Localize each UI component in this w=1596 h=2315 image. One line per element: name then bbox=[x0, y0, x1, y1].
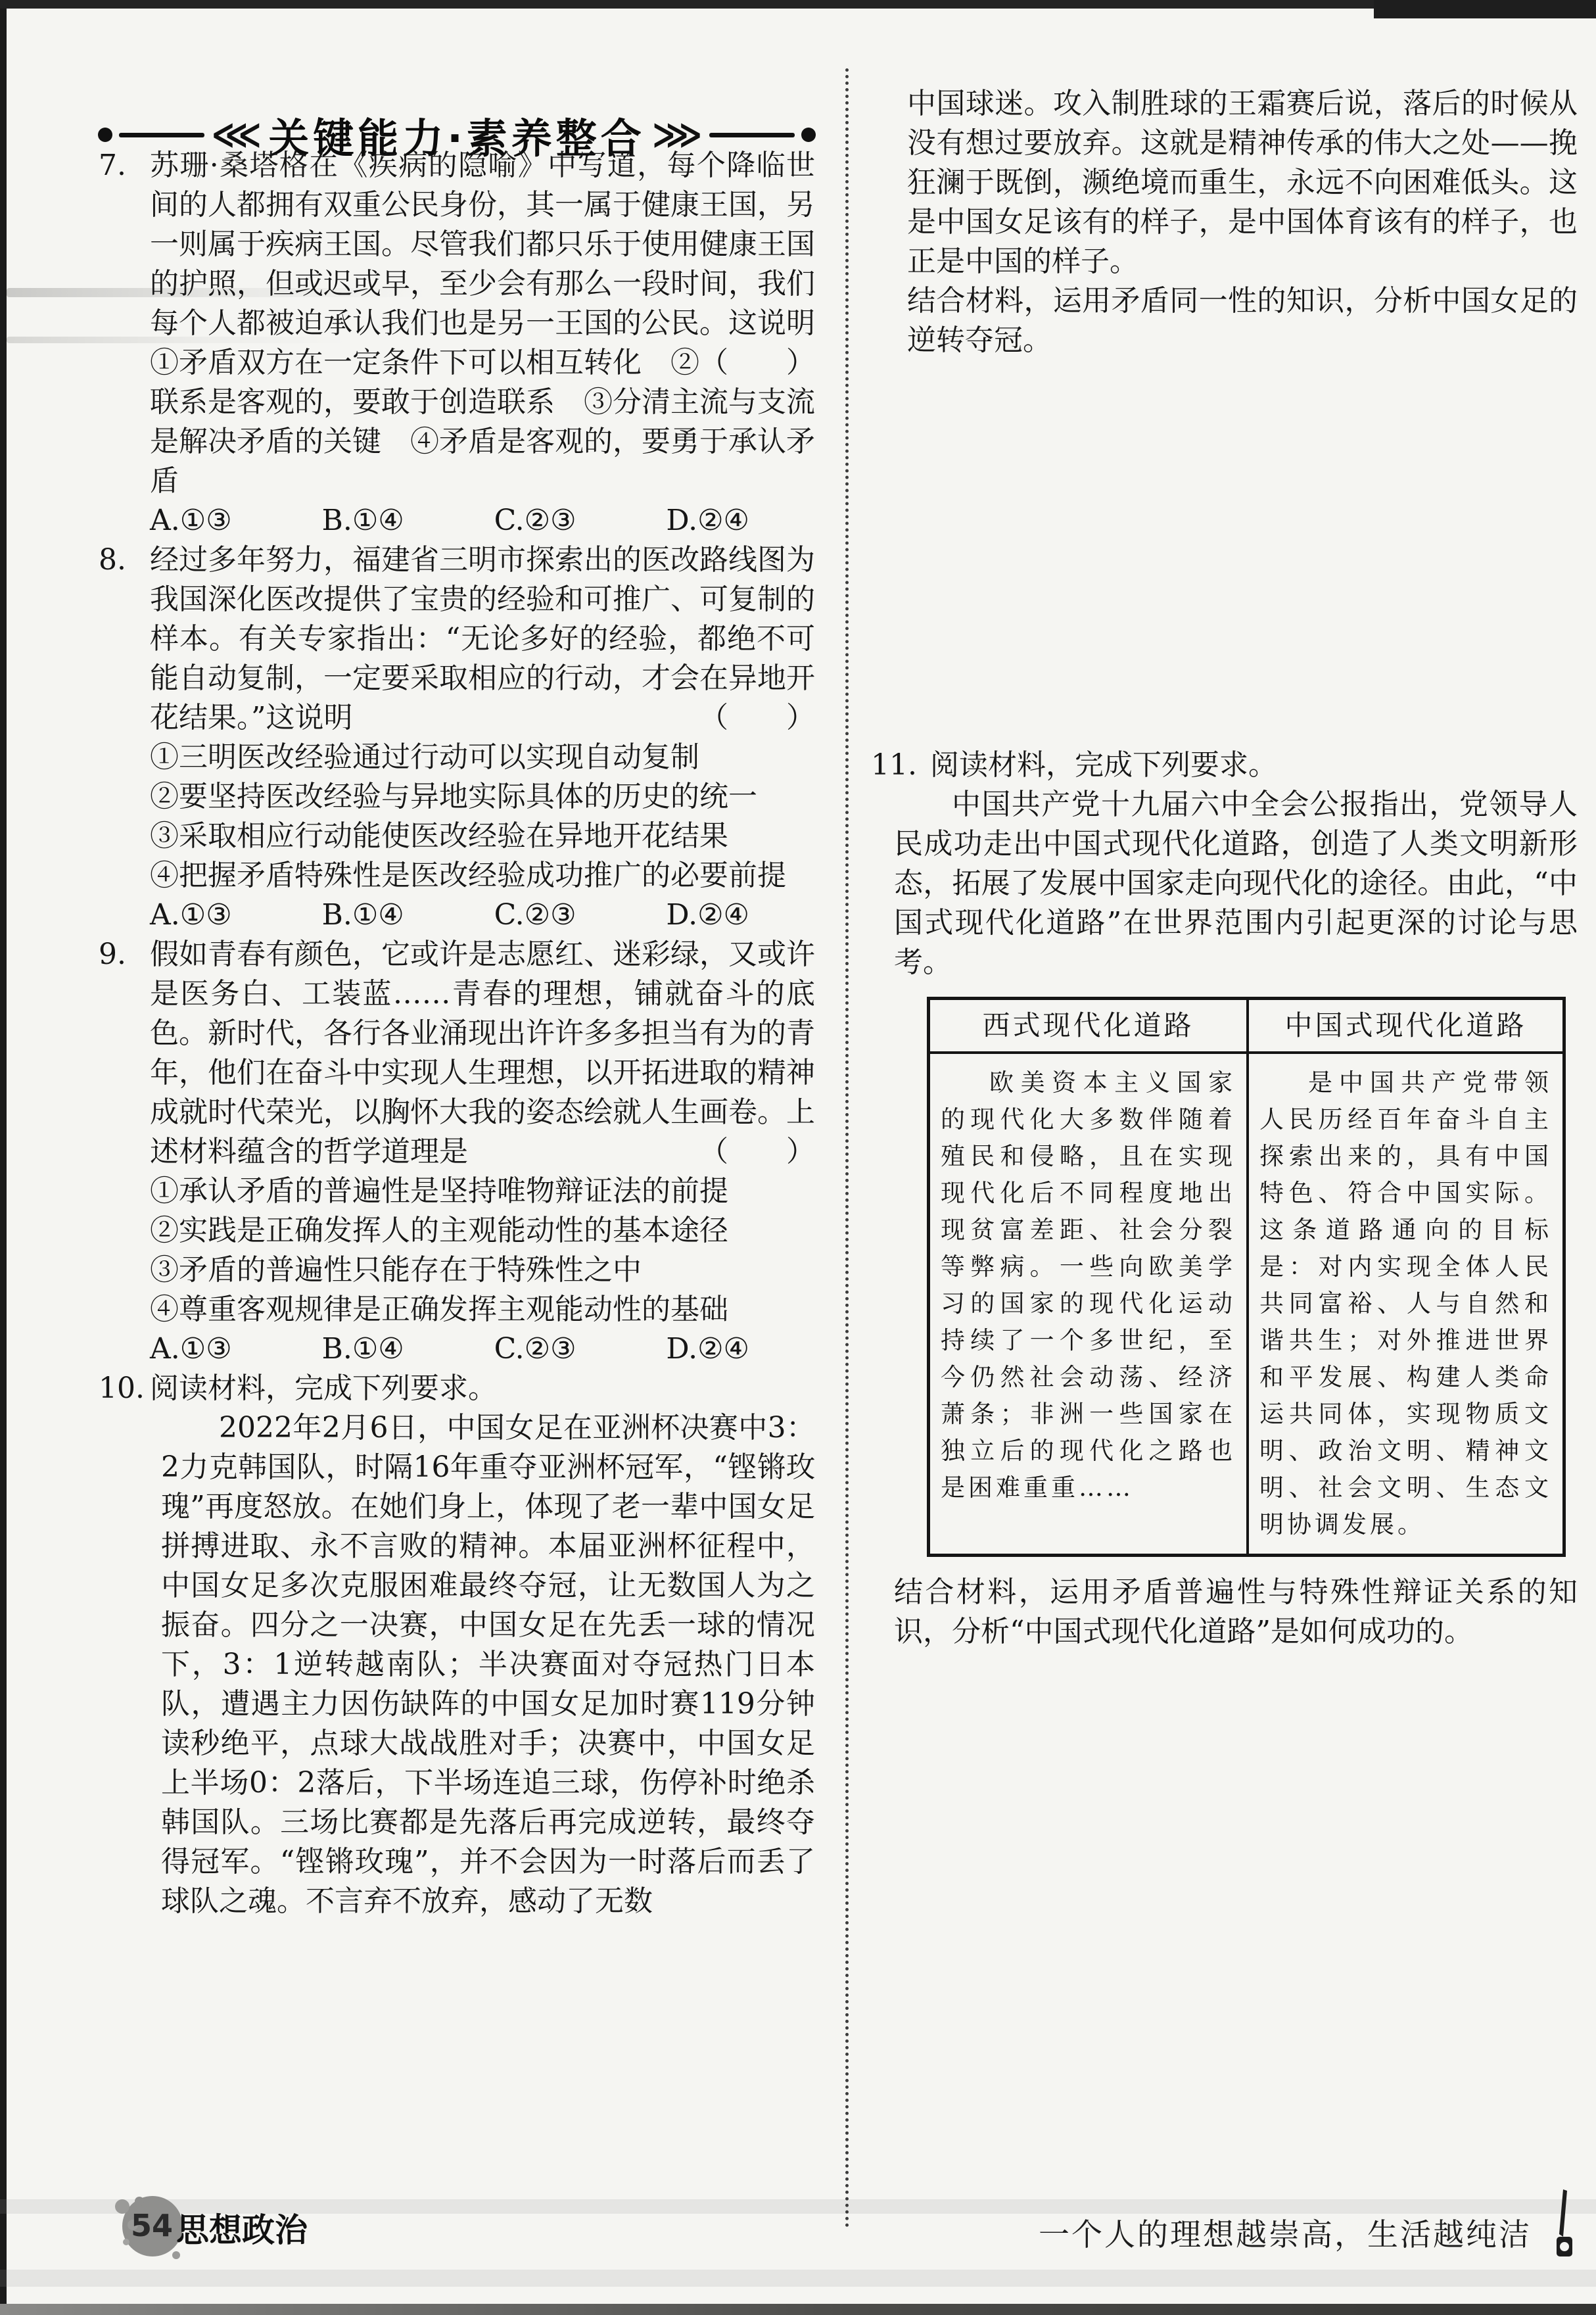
option-line: ②实践是正确发挥人的主观能动性的基本途径 bbox=[150, 1211, 815, 1251]
comparison-table: 西式现代化道路 中国式现代化道路 欧美资本主义国家的现代化大多数伴随着殖民和侵略… bbox=[927, 997, 1566, 1557]
choice-label: B.①④ bbox=[322, 1329, 404, 1369]
choice-label: D.②④ bbox=[666, 501, 749, 540]
question-8-body: 经过多年努力，福建省三明市探索出的医改路线图为我国深化医改提供了宝贵的经验和可推… bbox=[150, 540, 815, 935]
choice-label: A.①③ bbox=[150, 1329, 232, 1369]
choice-label: C.②③ bbox=[494, 895, 576, 935]
question-10: 10. 阅读材料，完成下列要求。 bbox=[99, 1369, 815, 1408]
answer-paren: （ ） bbox=[699, 698, 815, 738]
pen-icon bbox=[1543, 2188, 1578, 2267]
answer-paren: （ ） bbox=[699, 343, 815, 383]
column-divider bbox=[845, 68, 849, 2229]
page-number: 54 bbox=[129, 2208, 175, 2243]
option-line: ④把握矛盾特殊性是医改经验成功推广的必要前提 bbox=[150, 856, 815, 895]
table-header-china: 中国式现代化道路 bbox=[1246, 1000, 1562, 1051]
question-11-number: 11. bbox=[871, 746, 930, 785]
option-line: ③采取相应行动能使医改经验在异地开花结果 bbox=[150, 817, 815, 856]
choice-label: C.②③ bbox=[494, 1329, 576, 1369]
left-column: 7. 苏珊·桑塔格在《疾病的隐喻》中写道，每个降临世间的人都拥有双重公民身份，其… bbox=[99, 146, 815, 1921]
choice-label: D.②④ bbox=[666, 1329, 749, 1369]
question-8-stem: 经过多年努力，福建省三明市探索出的医改路线图为我国深化医改提供了宝贵的经验和可推… bbox=[150, 540, 815, 738]
choice-label: B.①④ bbox=[322, 501, 404, 540]
scan-edge-left bbox=[0, 0, 7, 2315]
choice-label: D.②④ bbox=[666, 895, 749, 935]
question-7: 7. 苏珊·桑塔格在《疾病的隐喻》中写道，每个降临世间的人都拥有双重公民身份，其… bbox=[99, 146, 815, 540]
question-8-choices: A.①③B.①④C.②③D.②④ bbox=[150, 895, 815, 935]
workbook-page: ⋘ 关键能力·素养整合 ⋙ 7. 苏珊·桑塔格在《疾病的隐喻》中写道，每个降临世… bbox=[0, 0, 1596, 2315]
banner-left-dot-icon bbox=[98, 128, 112, 142]
question-8-options: ①三明医改经验通过行动可以实现自动复制②要坚持医改经验与异地实际具体的历史的统一… bbox=[150, 738, 815, 895]
answer-paren: （ ） bbox=[699, 1132, 815, 1172]
banner-right-rule bbox=[709, 133, 795, 137]
question-7-choices: A.①③B.①④C.②③D.②④ bbox=[150, 501, 815, 540]
question-11-task: 结合材料，运用矛盾普遍性与特殊性辩证关系的知识，分析“中国式现代化道路”是如何成… bbox=[894, 1573, 1578, 1652]
table-cell-west: 欧美资本主义国家的现代化大多数伴随着殖民和侵略，且在实现现代化后不同程度地出现贫… bbox=[930, 1054, 1246, 1554]
comparison-table-header-row: 西式现代化道路 中国式现代化道路 bbox=[930, 1000, 1562, 1054]
choice-label: B.①④ bbox=[322, 895, 404, 935]
choice-label: A.①③ bbox=[150, 501, 232, 540]
banner-right-dot-icon bbox=[801, 128, 816, 142]
question-9-body: 假如青春有颜色，它或许是志愿红、迷彩绿，又或许是医务白、工装蓝……青春的理想，铺… bbox=[150, 935, 815, 1369]
question-9-choices: A.①③B.①④C.②③D.②④ bbox=[150, 1329, 815, 1369]
option-line: ④尊重客观规律是正确发挥主观能动性的基础 bbox=[150, 1290, 815, 1329]
question-10-intro-body: 阅读材料，完成下列要求。 bbox=[150, 1369, 815, 1408]
question-9: 9. 假如青春有颜色，它或许是志愿红、迷彩绿，又或许是医务白、工装蓝……青春的理… bbox=[99, 935, 815, 1369]
table-cell-china: 是中国共产党带领人民历经百年奋斗自主探索出来的，具有中国特色、符合中国实际。这条… bbox=[1246, 1054, 1562, 1554]
question-10-material-part1: 2022年2月6日，中国女足在亚洲杯决赛中3：2力克韩国队，时隔16年重夺亚洲杯… bbox=[161, 1408, 815, 1921]
scan-band bbox=[0, 2270, 1596, 2287]
banner-left-rule bbox=[119, 133, 204, 137]
question-8: 8. 经过多年努力，福建省三明市探索出的医改路线图为我国深化医改提供了宝贵的经验… bbox=[99, 540, 815, 935]
option-line: ②要坚持医改经验与异地实际具体的历史的统一 bbox=[150, 777, 815, 817]
choice-label: C.②③ bbox=[494, 501, 576, 540]
choice-label: A.①③ bbox=[150, 895, 232, 935]
scan-edge-bottom bbox=[0, 2304, 1596, 2315]
question-11: 11. 阅读材料，完成下列要求。 中国共产党十九届六中全会公报指出，党领导人民成… bbox=[871, 746, 1578, 1652]
question-9-options: ①承认矛盾的普遍性是坚持唯物辩证法的前提②实践是正确发挥人的主观能动性的基本途径… bbox=[150, 1172, 815, 1329]
comparison-table-body-row: 欧美资本主义国家的现代化大多数伴随着殖民和侵略，且在实现现代化后不同程度地出现贫… bbox=[930, 1054, 1562, 1554]
right-column: 中国球迷。攻入制胜球的王霜赛后说，落后的时候从没有想过要放弃。这就是精神传承的伟… bbox=[871, 84, 1578, 1652]
stem-text: 苏珊·桑塔格在《疾病的隐喻》中写道，每个降临世间的人都拥有双重公民身份，其一属于… bbox=[150, 149, 815, 340]
question-9-number: 9. bbox=[99, 935, 150, 1369]
footer-subject: 思想政治 bbox=[176, 2204, 308, 2251]
option-line: ①承认矛盾的普遍性是坚持唯物辩证法的前提 bbox=[150, 1172, 815, 1211]
scan-edge-top bbox=[0, 0, 1596, 9]
question-11-material: 中国共产党十九届六中全会公报指出，党领导人民成功走出中国式现代化道路，创造了人类… bbox=[894, 785, 1578, 982]
question-7-body: 苏珊·桑塔格在《疾病的隐喻》中写道，每个降临世间的人都拥有双重公民身份，其一属于… bbox=[150, 146, 815, 540]
question-7-number: 7. bbox=[99, 146, 150, 540]
question-10-task: 结合材料，运用矛盾同一性的知识，分析中国女足的逆转夺冠。 bbox=[907, 281, 1578, 360]
question-9-stem: 假如青春有颜色，它或许是志愿红、迷彩绿，又或许是医务白、工装蓝……青春的理想，铺… bbox=[150, 935, 815, 1172]
footer-slogan: 一个人的理想越崇高，生活越纯洁 bbox=[986, 2210, 1532, 2255]
question-11-intro: 阅读材料，完成下列要求。 bbox=[930, 746, 1578, 785]
question-10-intro: 阅读材料，完成下列要求。 bbox=[150, 1369, 815, 1408]
option-line: ③矛盾的普遍性只能存在于特殊性之中 bbox=[150, 1251, 815, 1290]
question-8-number: 8. bbox=[99, 540, 150, 935]
scan-edge-top-right bbox=[1374, 0, 1596, 18]
option-line: ①三明医改经验通过行动可以实现自动复制 bbox=[150, 738, 815, 777]
table-header-west: 西式现代化道路 bbox=[930, 1000, 1246, 1051]
question-7-stem: 苏珊·桑塔格在《疾病的隐喻》中写道，每个降临世间的人都拥有双重公民身份，其一属于… bbox=[150, 146, 815, 343]
question-11-heading: 11. 阅读材料，完成下列要求。 bbox=[871, 746, 1578, 785]
question-10-number: 10. bbox=[99, 1369, 150, 1408]
question-11-intro-body: 阅读材料，完成下列要求。 bbox=[930, 746, 1578, 785]
question-10-material-part2: 中国球迷。攻入制胜球的王霜赛后说，落后的时候从没有想过要放弃。这就是精神传承的伟… bbox=[907, 84, 1578, 281]
